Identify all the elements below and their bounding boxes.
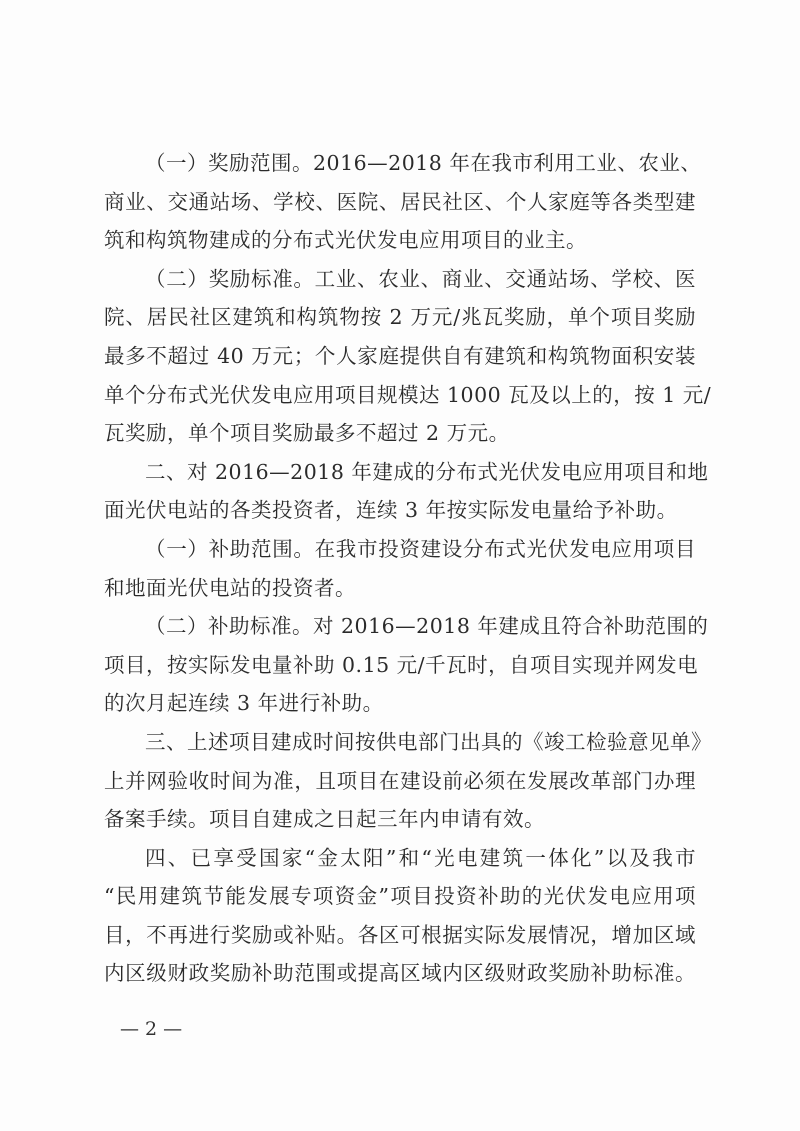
text-line: （二）补助标准。对 2016—2018 年建成且符合补助范围的 bbox=[104, 607, 696, 646]
text-line: （一）补助范围。在我市投资建设分布式光伏发电应用项目 bbox=[104, 530, 696, 569]
page-number: — 2 — bbox=[120, 1018, 182, 1040]
text-line: 单个分布式光伏发电应用项目规模达 1000 瓦及以上的，按 1 元/ bbox=[104, 376, 696, 415]
text-line: 三、上述项目建成时间按供电部门出具的《竣工检验意见单》 bbox=[104, 723, 696, 762]
text-line: 的次月起连续 3 年进行补助。 bbox=[104, 684, 696, 723]
text-line: 上并网验收时间为准，且项目在建设前必须在发展改革部门办理 bbox=[104, 762, 696, 801]
text-line: 面光伏电站的各类投资者，连续 3 年按实际发电量给予补助。 bbox=[104, 491, 696, 530]
text-line: 二、对 2016—2018 年建成的分布式光伏发电应用项目和地 bbox=[104, 453, 696, 492]
paragraph-section-two: 二、对 2016—2018 年建成的分布式光伏发电应用项目和地 面光伏电站的各类… bbox=[104, 453, 696, 530]
text-line: 和地面光伏电站的投资者。 bbox=[104, 569, 696, 608]
paragraph-reward-standard: （二）奖励标准。工业、农业、商业、交通站场、学校、医 院、居民社区建筑和构筑物按… bbox=[104, 260, 696, 453]
text-line: 筑和构筑物建成的分布式光伏发电应用项目的业主。 bbox=[104, 221, 696, 260]
text-line: （二）奖励标准。工业、农业、商业、交通站场、学校、医 bbox=[104, 260, 696, 299]
document-body: （一）奖励范围。2016—2018 年在我市利用工业、农业、 商业、交通站场、学… bbox=[104, 144, 696, 993]
text-line: 商业、交通站场、学校、医院、居民社区、个人家庭等各类型建 bbox=[104, 183, 696, 222]
text-line: “民用建筑节能发展专项资金”项目投资补助的光伏发电应用项 bbox=[104, 877, 696, 916]
text-line: 备案手续。项目自建成之日起三年内申请有效。 bbox=[104, 800, 696, 839]
text-line: 四、已享受国家“金太阳”和“光电建筑一体化”以及我市 bbox=[104, 839, 696, 878]
paragraph-reward-scope: （一）奖励范围。2016—2018 年在我市利用工业、农业、 商业、交通站场、学… bbox=[104, 144, 696, 260]
paragraph-subsidy-standard: （二）补助标准。对 2016—2018 年建成且符合补助范围的 项目，按实际发电… bbox=[104, 607, 696, 723]
text-line: （一）奖励范围。2016—2018 年在我市利用工业、农业、 bbox=[104, 144, 696, 183]
paragraph-section-four: 四、已享受国家“金太阳”和“光电建筑一体化”以及我市 “民用建筑节能发展专项资金… bbox=[104, 839, 696, 993]
text-line: 项目，按实际发电量补助 0.15 元/千瓦时，自项目实现并网发电 bbox=[104, 646, 696, 685]
text-line: 内区级财政奖励补助范围或提高区域内区级财政奖励补助标准。 bbox=[104, 954, 696, 993]
text-line: 瓦奖励，单个项目奖励最多不超过 2 万元。 bbox=[104, 414, 696, 453]
text-line: 目，不再进行奖励或补贴。各区可根据实际发展情况，增加区域 bbox=[104, 916, 696, 955]
document-page: （一）奖励范围。2016—2018 年在我市利用工业、农业、 商业、交通站场、学… bbox=[0, 0, 800, 1131]
paragraph-section-three: 三、上述项目建成时间按供电部门出具的《竣工检验意见单》 上并网验收时间为准，且项… bbox=[104, 723, 696, 839]
paragraph-subsidy-scope: （一）补助范围。在我市投资建设分布式光伏发电应用项目 和地面光伏电站的投资者。 bbox=[104, 530, 696, 607]
text-line: 院、居民社区建筑和构筑物按 2 万元/兆瓦奖励，单个项目奖励 bbox=[104, 298, 696, 337]
text-line: 最多不超过 40 万元；个人家庭提供自有建筑和构筑物面积安装 bbox=[104, 337, 696, 376]
